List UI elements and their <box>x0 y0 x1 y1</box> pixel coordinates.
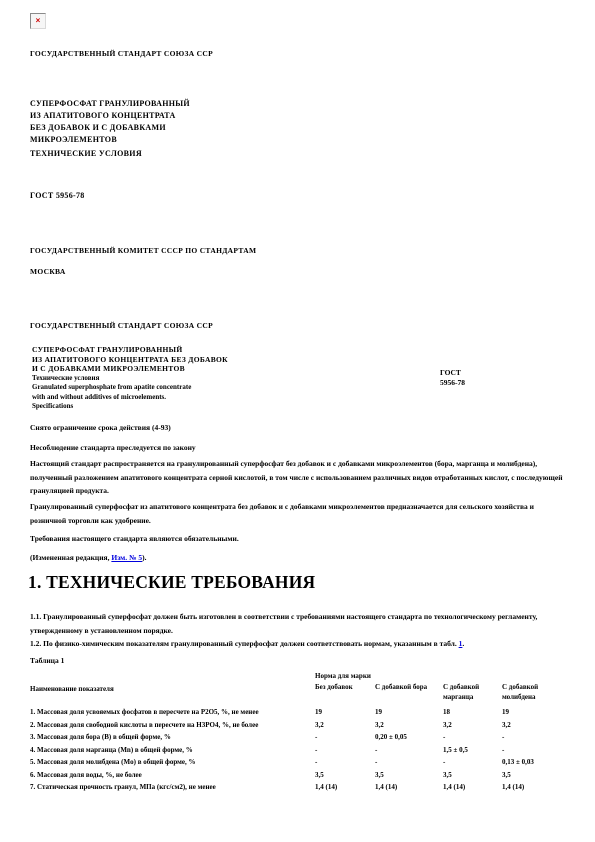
intro-paragraph-1: Настоящий стандарт распространяется на г… <box>30 457 568 498</box>
table-column-manganese: С добавкой марганца <box>443 683 502 708</box>
row-value: - <box>502 733 570 746</box>
intro-paragraph-3: Требования настоящего стандарта являются… <box>30 532 568 546</box>
table-row: 2. Массовая доля свободной кислоты в пер… <box>30 721 570 734</box>
row-value: - <box>315 733 375 746</box>
standard-label-top: ГОСУДАРСТВЕННЫЙ СТАНДАРТ СОЮЗА ССР <box>30 49 213 58</box>
document-title: СУПЕРФОСФАТ ГРАНУЛИРОВАННЫЙ ИЗ АПАТИТОВО… <box>30 98 190 146</box>
requirements-table: Наименование показателя Норма для марки … <box>30 672 570 796</box>
table-header-name: Наименование показателя <box>30 685 315 695</box>
title-block-line-5: Granulated superphosphate from apatite c… <box>32 383 422 393</box>
table-header: Наименование показателя Норма для марки … <box>30 672 570 708</box>
table-row: 1. Массовая доля усвояемых фосфатов в пе… <box>30 708 570 721</box>
table-header-norm: Норма для марки <box>315 672 570 683</box>
amendment-suffix: ). <box>142 553 146 562</box>
row-value: 19 <box>375 708 443 721</box>
row-indicator-name: 6. Массовая доля воды, %, не более <box>30 771 315 784</box>
title-line-1: СУПЕРФОСФАТ ГРАНУЛИРОВАННЫЙ <box>30 98 190 110</box>
row-value: 3,2 <box>502 721 570 734</box>
row-value: 0,13 ± 0,03 <box>502 758 570 771</box>
broken-image-glyph: × <box>36 17 41 25</box>
row-value: - <box>443 758 502 771</box>
row-value: 3,5 <box>443 771 502 784</box>
gost-number: ГОСТ 5956-78 <box>30 190 85 202</box>
broken-image-icon: × <box>30 13 46 29</box>
row-value: 1,5 ± 0,5 <box>443 746 502 759</box>
row-indicator-name: 1. Массовая доля усвояемых фосфатов в пе… <box>30 708 315 721</box>
row-value: 19 <box>502 708 570 721</box>
clause-1-1: 1.1. Гранулированный суперфосфат должен … <box>30 610 568 637</box>
row-value: - <box>375 746 443 759</box>
clause-1-2-suffix: . <box>462 639 464 648</box>
title-block-line-4: Технические условия <box>32 374 422 384</box>
clause-1-2-text: 1.2. По физико-химическим показателям гр… <box>30 639 459 648</box>
row-indicator-name: 2. Массовая доля свободной кислоты в пер… <box>30 721 315 734</box>
row-value: 18 <box>443 708 502 721</box>
row-value: - <box>443 733 502 746</box>
section-1-heading: 1. ТЕХНИЧЕСКИЕ ТРЕБОВАНИЯ <box>28 572 315 593</box>
table-caption: Таблица 1 <box>30 654 64 668</box>
clause-1-2: 1.2. По физико-химическим показателям гр… <box>30 637 575 651</box>
row-indicator-name: 3. Массовая доля бора (В) в общей форме,… <box>30 733 315 746</box>
table-column-no-additives: Без добавок <box>315 683 375 708</box>
row-value: 1,4 (14) <box>502 783 570 796</box>
row-value: 3,2 <box>375 721 443 734</box>
table-row: 4. Массовая доля марганца (Mn) в общей ф… <box>30 746 570 759</box>
table-row: 7. Статическая прочность гранул, МПа (кг… <box>30 783 570 796</box>
standard-label-mid: ГОСУДАРСТВЕННЫЙ СТАНДАРТ СОЮЗА ССР <box>30 321 213 330</box>
table-row: 3. Массовая доля бора (В) в общей форме,… <box>30 733 570 746</box>
row-value: 1,4 (14) <box>315 783 375 796</box>
title-line-3: БЕЗ ДОБАВОК И С ДОБАВКАМИ <box>30 122 190 134</box>
row-indicator-name: 4. Массовая доля марганца (Mn) в общей ф… <box>30 746 315 759</box>
city-label: МОСКВА <box>30 267 66 276</box>
title-block-line-6: with and without additives of microeleme… <box>32 393 422 403</box>
row-value: 1,4 (14) <box>443 783 502 796</box>
title-block-line-3: И С ДОБАВКАМИ МИКРОЭЛЕМЕНТОВ <box>32 364 422 374</box>
row-value: 3,2 <box>315 721 375 734</box>
row-value: - <box>502 746 570 759</box>
committee-label: ГОСУДАРСТВЕННЫЙ КОМИТЕТ СССР ПО СТАНДАРТ… <box>30 246 256 255</box>
document-subtitle: ТЕХНИЧЕСКИЕ УСЛОВИЯ <box>30 148 142 160</box>
row-value: - <box>375 758 443 771</box>
gost-designation-line-2: 5956-78 <box>440 378 465 388</box>
table-column-molybdenum: С добавкой молибдена <box>502 683 570 708</box>
intro-paragraph-2: Гранулированный суперфосфат из апатитово… <box>30 500 568 527</box>
title-block-line-1: СУПЕРФОСФАТ ГРАНУЛИРОВАННЫЙ <box>32 345 422 355</box>
title-block-line-7: Specifications <box>32 402 422 412</box>
gost-designation-line-1: ГОСТ <box>440 368 465 378</box>
title-block-line-2: ИЗ АПАТИТОВОГО КОНЦЕНТРАТА БЕЗ ДОБАВОК <box>32 355 422 365</box>
row-indicator-name: 5. Массовая доля молибдена (Mo) в общей … <box>30 758 315 771</box>
row-value: 3,5 <box>502 771 570 784</box>
document-page: × ГОСУДАРСТВЕННЫЙ СТАНДАРТ СОЮЗА ССР СУП… <box>0 0 595 842</box>
amendment-link[interactable]: Изм. № 5 <box>111 553 142 562</box>
amendment-prefix: (Измененная редакция, <box>30 553 111 562</box>
row-value: 3,5 <box>315 771 375 784</box>
row-value: 1,4 (14) <box>375 783 443 796</box>
validity-note: Снято ограничение срока действия (4-93) <box>30 421 171 435</box>
row-value: 19 <box>315 708 375 721</box>
table-column-boron: С добавкой бора <box>375 683 443 708</box>
gost-designation-right: ГОСТ 5956-78 <box>440 368 465 388</box>
row-value: 3,2 <box>443 721 502 734</box>
table-row: 5. Массовая доля молибдена (Mo) в общей … <box>30 758 570 771</box>
amendment-note: (Измененная редакция, Изм. № 5). <box>30 551 147 565</box>
title-line-4: МИКРОЭЛЕМЕНТОВ <box>30 134 190 146</box>
row-value: - <box>315 746 375 759</box>
row-value: 3,5 <box>375 771 443 784</box>
title-block: СУПЕРФОСФАТ ГРАНУЛИРОВАННЫЙ ИЗ АПАТИТОВО… <box>32 345 422 412</box>
row-value: - <box>315 758 375 771</box>
table-row: 6. Массовая доля воды, %, не более 3,5 3… <box>30 771 570 784</box>
row-indicator-name: 7. Статическая прочность гранул, МПа (кг… <box>30 783 315 796</box>
title-line-2: ИЗ АПАТИТОВОГО КОНЦЕНТРАТА <box>30 110 190 122</box>
row-value: 0,20 ± 0,05 <box>375 733 443 746</box>
law-notice: Несоблюдение стандарта преследуется по з… <box>30 441 196 455</box>
